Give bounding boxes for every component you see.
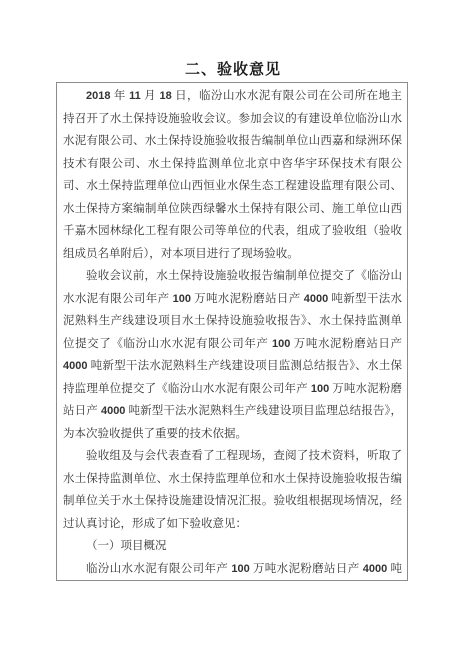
text-line: 司、水土保持监理单位山西恒业水保生态工程建设监理有限公司、 <box>63 175 402 198</box>
number-text: 100 <box>173 293 191 305</box>
text-line: 验收组及与会代表查看了工程现场，查阅了技术资料，听取了 <box>63 445 402 468</box>
text-line: （一）项目概况 <box>63 535 402 558</box>
text-line: 泥熟料生产线建设项目水土保持设施验收报告》、水土保持监测单 <box>63 310 402 333</box>
text-line: 临汾山水水泥有限公司年产 100 万吨水泥粉磨站日产 4000 吨 <box>63 558 402 581</box>
acceptance-opinion-page: 二、验收意见 2018 年 11 月 18 日，临汾山水水泥有限公司在公司所在地… <box>0 0 466 660</box>
number-text: 2018 <box>86 90 110 102</box>
number-text: 4000 <box>304 293 328 305</box>
text-line: 位提交了《临汾山水水泥有限公司年产 100 万吨水泥粉磨站日产 <box>63 333 402 356</box>
number-text: 100 <box>231 563 249 575</box>
text-line: 水土保持监测单位、水土保持监理单位和水土保持设施验收报告编 <box>63 468 402 491</box>
number-text: 100 <box>272 338 290 350</box>
number-text: 18 <box>159 90 171 102</box>
text-line: 验收会议前，水土保持设施验收报告编制单位提交了《临汾山 <box>63 265 402 288</box>
text-line: 站日产 4000 吨新型干法水泥熟料生产线建设项目监理总结报告》， <box>63 400 402 423</box>
number-text: 11 <box>129 90 141 102</box>
text-line: 持监理单位提交了《临汾山水水泥有限公司年产 100 万吨水泥粉磨 <box>63 378 402 401</box>
text-line: 4000 吨新型干法水泥熟料生产线建设项目监测总结报告》、水土保 <box>63 355 402 378</box>
text-line: 技术有限公司、水土保持监测单位北京中咨华宇环保技术有限公 <box>63 153 402 176</box>
text-line: 组成员名单附后），对本项目进行了现场验收。 <box>63 243 402 266</box>
text-line: 制单位关于水土保持设施建设情况汇报。验收组根据现场情况，经 <box>63 490 402 513</box>
number-text: 4000 <box>63 360 87 372</box>
text-line: 持召开了水土保持设施验收会议。参加会议的有建设单位临汾山水 <box>63 108 402 131</box>
text-line: 2018 年 11 月 18 日，临汾山水水泥有限公司在公司所在地主 <box>63 85 402 108</box>
number-text: 4000 <box>101 405 125 417</box>
text-line: 千嘉木园林绿化工程有限公司等单位的代表，组成了验收组（验收 <box>63 220 402 243</box>
number-text: 4000 <box>363 563 387 575</box>
text-line: 水泥有限公司、水土保持设施验收报告编制单位山西嘉和绿洲环保 <box>63 130 402 153</box>
text-line: 为本次验收提供了重要的技术依据。 <box>63 423 402 446</box>
text-line: 水水泥有限公司年产 100 万吨水泥粉磨站日产 4000 吨新型干法水 <box>63 288 402 311</box>
text-line: 过认真讨论，形成了如下验收意见： <box>63 513 402 536</box>
number-text: 100 <box>311 383 329 395</box>
document-body: 2018 年 11 月 18 日，临汾山水水泥有限公司在公司所在地主持召开了水土… <box>63 85 402 580</box>
text-line: 水土保持方案编制单位陕西绿馨水土保持有限公司、施工单位山西 <box>63 198 402 221</box>
section-title: 二、验收意见 <box>0 58 466 79</box>
opinion-text-box: 2018 年 11 月 18 日，临汾山水水泥有限公司在公司所在地主持召开了水土… <box>56 82 408 581</box>
